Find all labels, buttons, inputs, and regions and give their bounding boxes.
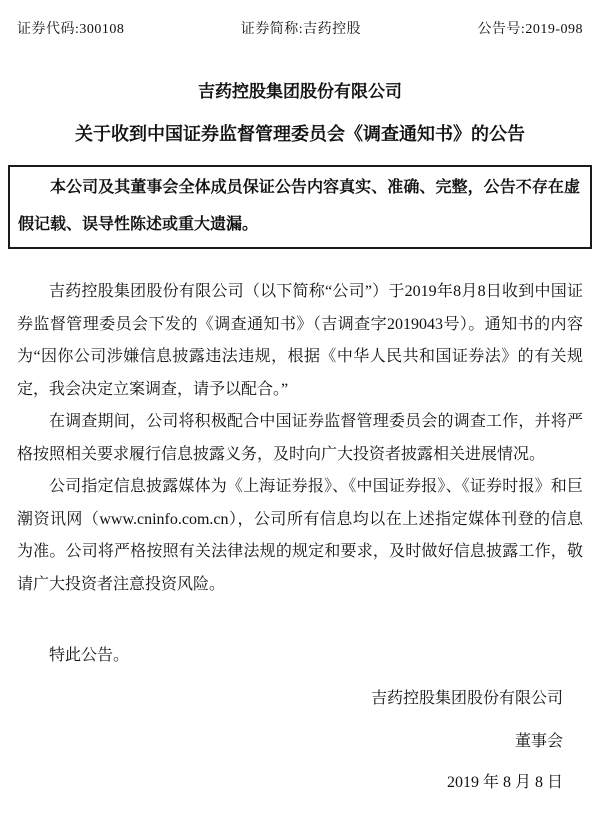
signature-company: 吉药控股集团股份有限公司	[17, 683, 563, 715]
closing-statement: 特此公告。	[17, 640, 583, 673]
signature-block: 吉药控股集团股份有限公司 董事会 2019 年 8 月 8 日	[17, 683, 583, 799]
title-block: 吉药控股集团股份有限公司 关于收到中国证券监督管理委员会《调查通知书》的公告	[17, 80, 583, 147]
declaration-box: 本公司及其董事会全体成员保证公告内容真实、准确、完整，公告不存在虚假记载、误导性…	[8, 165, 592, 249]
company-title: 吉药控股集团股份有限公司	[17, 80, 583, 104]
announcement-page: 证券代码:300108 证券简称:吉药控股 公告号:2019-098 吉药控股集…	[0, 0, 600, 819]
announcement-body: 吉药控股集团股份有限公司（以下简称“公司”）于2019年8月8日收到中国证券监督…	[17, 276, 583, 601]
signature-board: 董事会	[17, 726, 563, 758]
document-header: 证券代码:300108 证券简称:吉药控股 公告号:2019-098	[17, 18, 583, 38]
stock-code: 证券代码:300108	[17, 18, 124, 38]
declaration-text: 本公司及其董事会全体成员保证公告内容真实、准确、完整，公告不存在虚假记载、误导性…	[18, 169, 580, 243]
paragraph-notice-received: 吉药控股集团股份有限公司（以下简称“公司”）于2019年8月8日收到中国证券监督…	[17, 276, 583, 406]
announcement-number: 公告号:2019-098	[477, 18, 583, 38]
announcement-title: 关于收到中国证券监督管理委员会《调查通知书》的公告	[17, 121, 583, 147]
paragraph-disclosure-media: 公司指定信息披露媒体为《上海证券报》、《中国证券报》、《证券时报》和巨潮资讯网（…	[17, 471, 583, 601]
signature-date: 2019 年 8 月 8 日	[17, 767, 563, 799]
stock-short-name: 证券简称:吉药控股	[241, 18, 361, 38]
paragraph-cooperation: 在调查期间，公司将积极配合中国证券监督管理委员会的调查工作，并将严格按照相关要求…	[17, 406, 583, 471]
